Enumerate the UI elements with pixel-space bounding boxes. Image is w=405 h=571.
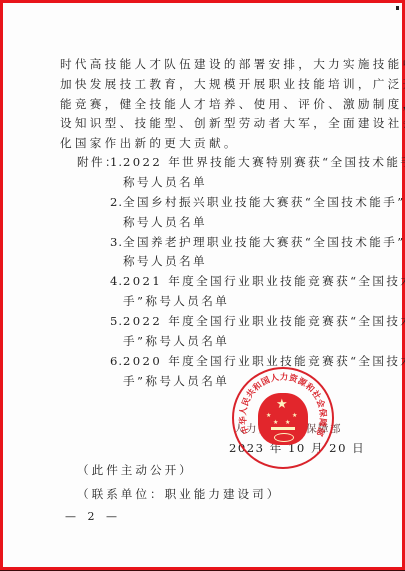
- body-line: 时代高技能人才队伍建设的部署安排，大力实施技能中国行动，: [60, 55, 362, 75]
- attachment-number: 5.: [110, 312, 123, 332]
- page-frame: 时代高技能人才队伍建设的部署安排，大力实施技能中国行动， 加快发展技工教育，大规…: [0, 0, 405, 571]
- attachment-number: 6.: [110, 352, 123, 372]
- attachment-title-cont: 称号人员名单: [123, 252, 207, 272]
- attachment-continuation: 称号人员名单: [77, 173, 367, 193]
- attachment-number: 2.: [110, 193, 123, 213]
- attachment-item: 附件： 1. 2022 年世界技能大赛特别赛获“全国技术能手”: [77, 153, 367, 173]
- national-emblem-icon: ★ ★ ★ ★ ★: [258, 393, 308, 445]
- body-paragraph: 时代高技能人才队伍建设的部署安排，大力实施技能中国行动， 加快发展技工教育，大规…: [60, 55, 362, 154]
- attachment-continuation: 手”称号人员名单: [77, 332, 367, 352]
- corner-mark: [396, 6, 399, 10]
- attachment-title-cont: 称号人员名单: [123, 173, 207, 193]
- attachment-title-cont: 手”称号人员名单: [123, 332, 229, 352]
- attachment-title-cont: 手”称号人员名单: [123, 372, 229, 392]
- attachment-item: 3. 全国养老护理职业技能大赛获“全国技术能手”: [77, 233, 367, 253]
- attachment-item: 5. 2022 年度全国行业职业技能竞赛获“全国技术能: [77, 312, 367, 332]
- attachment-item: 2. 全国乡村振兴职业技能大赛获“全国技术能手”: [77, 193, 367, 213]
- attachment-number: 1.: [110, 153, 123, 173]
- attachment-item: 4. 2021 年度全国行业职业技能竞赛获“全国技术能: [77, 272, 367, 292]
- public-disclosure-note: （此件主动公开）: [77, 462, 194, 478]
- attachment-number: 3.: [110, 233, 123, 253]
- attachment-title: 全国养老护理职业技能大赛获“全国技术能手”: [123, 233, 405, 253]
- attachment-number: 4.: [110, 272, 123, 292]
- attachment-title-cont: 称号人员名单: [123, 213, 207, 233]
- body-line: 设知识型、技能型、创新型劳动者大军，全面建设社会主义现代: [60, 114, 362, 134]
- body-line: 化国家作出新的更大贡献。: [60, 134, 362, 154]
- attachment-title: 2022 年度全国行业职业技能竞赛获“全国技术能: [123, 312, 405, 332]
- official-seal: 中华人民共和国人力资源和社会保障部 ★ ★ ★ ★ ★: [232, 367, 334, 469]
- attachment-continuation: 称号人员名单: [77, 252, 367, 272]
- attachment-title: 2022 年世界技能大赛特别赛获“全国技术能手”: [123, 153, 405, 173]
- attachments-list: 附件： 1. 2022 年世界技能大赛特别赛获“全国技术能手” 称号人员名单 2…: [77, 153, 367, 392]
- body-line: 能竞赛，健全技能人才培养、使用、评价、激励制度，为加快建: [60, 95, 362, 115]
- attachment-continuation: 手”称号人员名单: [77, 292, 367, 312]
- body-line: 加快发展技工教育，大规模开展职业技能培训，广泛开展职业技: [60, 75, 362, 95]
- attachment-title-cont: 手”称号人员名单: [123, 292, 229, 312]
- attachment-title: 全国乡村振兴职业技能大赛获“全国技术能手”: [123, 193, 405, 213]
- attachment-title: 2021 年度全国行业职业技能竞赛获“全国技术能: [123, 272, 405, 292]
- contact-unit-note: （联系单位：职业能力建设司）: [77, 486, 281, 502]
- page-number: — 2 —: [65, 510, 121, 523]
- attachment-continuation: 称号人员名单: [77, 213, 367, 233]
